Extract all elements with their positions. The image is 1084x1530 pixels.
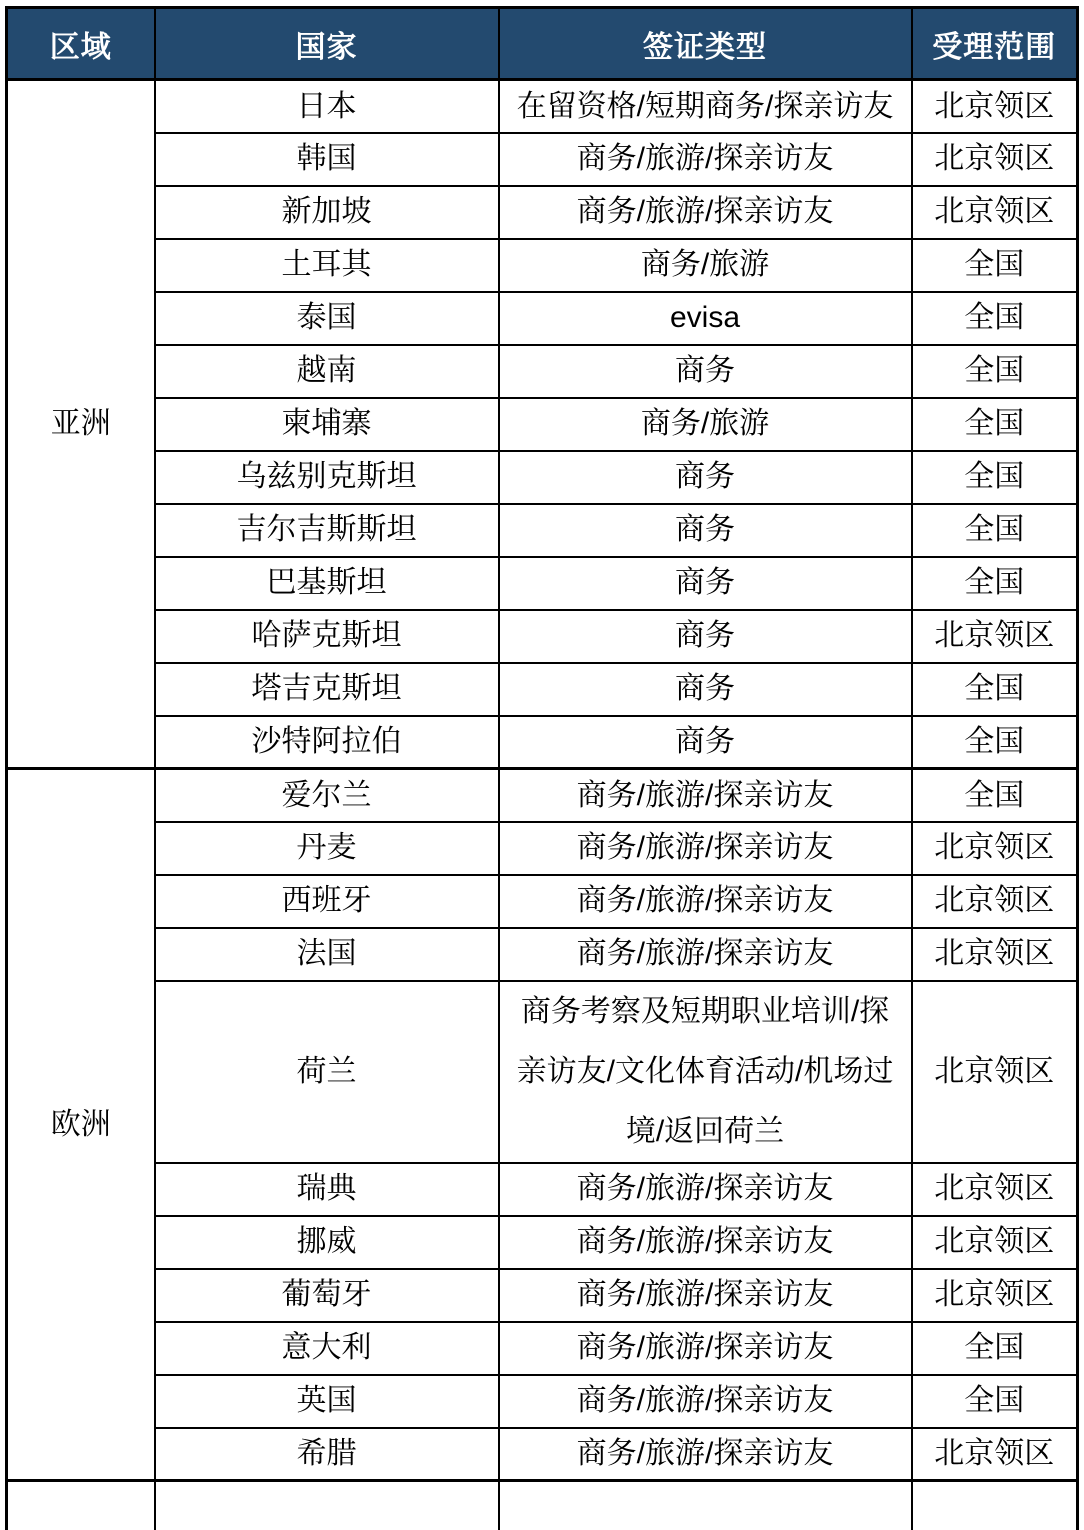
country-cell: 意大利	[155, 1322, 499, 1375]
table-row: 意大利 商务/旅游/探亲访友 全国	[7, 1322, 1078, 1375]
scope-cell	[912, 1481, 1078, 1530]
visa-type-cell: 商务/旅游/探亲访友	[499, 1163, 912, 1216]
country-cell: 吉尔吉斯斯坦	[155, 504, 499, 557]
country-cell: 哈萨克斯坦	[155, 610, 499, 663]
table-row: 瑞典 商务/旅游/探亲访友 北京领区	[7, 1163, 1078, 1216]
scope-cell: 全国	[912, 716, 1078, 769]
country-cell: 土耳其	[155, 239, 499, 292]
scope-cell: 全国	[912, 504, 1078, 557]
country-cell: 新加坡	[155, 186, 499, 239]
scope-cell: 全国	[912, 769, 1078, 822]
visa-type-cell: 商务	[499, 716, 912, 769]
country-cell: 巴基斯坦	[155, 557, 499, 610]
country-cell: 柬埔寨	[155, 398, 499, 451]
table-row: 乌兹别克斯坦 商务 全国	[7, 451, 1078, 504]
visa-type-cell: 商务/旅游/探亲访友	[499, 133, 912, 186]
country-cell: 葡萄牙	[155, 1269, 499, 1322]
header-region: 区域	[7, 8, 155, 80]
visa-type-cell: 商务/旅游	[499, 239, 912, 292]
country-cell: 塔吉克斯坦	[155, 663, 499, 716]
table-row: 希腊 商务/旅游/探亲访友 北京领区	[7, 1428, 1078, 1481]
scope-cell: 全国	[912, 292, 1078, 345]
table-row: 沙特阿拉伯 商务 全国	[7, 716, 1078, 769]
country-cell: 英国	[155, 1375, 499, 1428]
scope-cell: 全国	[912, 239, 1078, 292]
visa-type-cell: 商务	[499, 451, 912, 504]
region-cell	[7, 1481, 155, 1530]
visa-type-cell: 商务/旅游/探亲访友	[499, 928, 912, 981]
scope-cell: 北京领区	[912, 610, 1078, 663]
region-cell: 欧洲	[7, 769, 155, 1481]
visa-type-cell: 商务	[499, 663, 912, 716]
header-scope: 受理范围	[912, 8, 1078, 80]
scope-cell: 北京领区	[912, 1216, 1078, 1269]
table-row: 荷兰 商务考察及短期职业培训/探亲访友/文化体育活动/机场过境/返回荷兰 北京领…	[7, 981, 1078, 1163]
table-row: 挪威 商务/旅游/探亲访友 北京领区	[7, 1216, 1078, 1269]
table-row: 泰国 evisa 全国	[7, 292, 1078, 345]
visa-type-cell: 商务/旅游/探亲访友	[499, 875, 912, 928]
scope-cell: 北京领区	[912, 80, 1078, 133]
header-visa-type: 签证类型	[499, 8, 912, 80]
visa-type-cell: 商务/旅游/探亲访友	[499, 1269, 912, 1322]
visa-type-cell: 商务	[499, 557, 912, 610]
scope-cell: 北京领区	[912, 186, 1078, 239]
country-cell: 丹麦	[155, 822, 499, 875]
scope-cell: 全国	[912, 398, 1078, 451]
table-row: 塔吉克斯坦 商务 全国	[7, 663, 1078, 716]
visa-type-cell: 商务	[499, 345, 912, 398]
table-row: 丹麦 商务/旅游/探亲访友 北京领区	[7, 822, 1078, 875]
scope-cell: 北京领区	[912, 875, 1078, 928]
visa-type-cell: 商务/旅游/探亲访友	[499, 822, 912, 875]
table-row: 越南 商务 全国	[7, 345, 1078, 398]
visa-type-cell: 商务/旅游/探亲访友	[499, 1322, 912, 1375]
country-cell: 希腊	[155, 1428, 499, 1481]
visa-type-cell: 商务/旅游/探亲访友	[499, 1428, 912, 1481]
scope-cell: 全国	[912, 1375, 1078, 1428]
visa-type-cell	[499, 1481, 912, 1530]
country-cell: 瑞典	[155, 1163, 499, 1216]
scope-cell: 全国	[912, 557, 1078, 610]
visa-type-cell: 商务	[499, 504, 912, 557]
table-row: 西班牙 商务/旅游/探亲访友 北京领区	[7, 875, 1078, 928]
scope-cell: 全国	[912, 451, 1078, 504]
visa-type-cell: 商务考察及短期职业培训/探亲访友/文化体育活动/机场过境/返回荷兰	[499, 981, 912, 1163]
country-cell: 荷兰	[155, 981, 499, 1163]
country-cell: 沙特阿拉伯	[155, 716, 499, 769]
country-cell: 日本	[155, 80, 499, 133]
country-cell: 韩国	[155, 133, 499, 186]
country-cell: 挪威	[155, 1216, 499, 1269]
table-row: 巴基斯坦 商务 全国	[7, 557, 1078, 610]
visa-type-cell: 商务/旅游/探亲访友	[499, 1375, 912, 1428]
table-row: 新加坡 商务/旅游/探亲访友 北京领区	[7, 186, 1078, 239]
header-row: 区域 国家 签证类型 受理范围	[7, 8, 1078, 80]
visa-type-cell: 在留资格/短期商务/探亲访友	[499, 80, 912, 133]
table-body: 亚洲 日本 在留资格/短期商务/探亲访友 北京领区 韩国 商务/旅游/探亲访友 …	[7, 80, 1078, 1530]
table-row: 哈萨克斯坦 商务 北京领区	[7, 610, 1078, 663]
scope-cell: 北京领区	[912, 981, 1078, 1163]
table-row: 土耳其 商务/旅游 全国	[7, 239, 1078, 292]
table-row: 亚洲 日本 在留资格/短期商务/探亲访友 北京领区	[7, 80, 1078, 133]
visa-table: 区域 国家 签证类型 受理范围 亚洲 日本 在留资格/短期商务/探亲访友 北京领…	[5, 6, 1079, 1530]
table-row: 韩国 商务/旅游/探亲访友 北京领区	[7, 133, 1078, 186]
country-cell: 乌兹别克斯坦	[155, 451, 499, 504]
scope-cell: 全国	[912, 345, 1078, 398]
country-cell: 泰国	[155, 292, 499, 345]
country-cell: 法国	[155, 928, 499, 981]
scope-cell: 全国	[912, 663, 1078, 716]
header-country: 国家	[155, 8, 499, 80]
table-row	[7, 1481, 1078, 1530]
table-row: 英国 商务/旅游/探亲访友 全国	[7, 1375, 1078, 1428]
table-header: 区域 国家 签证类型 受理范围	[7, 8, 1078, 80]
country-cell: 爱尔兰	[155, 769, 499, 822]
visa-type-cell: 商务/旅游	[499, 398, 912, 451]
table-row: 柬埔寨 商务/旅游 全国	[7, 398, 1078, 451]
scope-cell: 北京领区	[912, 928, 1078, 981]
visa-type-cell: evisa	[499, 292, 912, 345]
country-cell	[155, 1481, 499, 1530]
visa-type-cell: 商务/旅游/探亲访友	[499, 1216, 912, 1269]
scope-cell: 北京领区	[912, 1428, 1078, 1481]
table-row: 欧洲 爱尔兰 商务/旅游/探亲访友 全国	[7, 769, 1078, 822]
visa-type-cell: 商务/旅游/探亲访友	[499, 769, 912, 822]
country-cell: 越南	[155, 345, 499, 398]
visa-type-cell: 商务	[499, 610, 912, 663]
scope-cell: 北京领区	[912, 1269, 1078, 1322]
region-cell: 亚洲	[7, 80, 155, 769]
table-row: 葡萄牙 商务/旅游/探亲访友 北京领区	[7, 1269, 1078, 1322]
scope-cell: 北京领区	[912, 822, 1078, 875]
scope-cell: 北京领区	[912, 133, 1078, 186]
country-cell: 西班牙	[155, 875, 499, 928]
scope-cell: 北京领区	[912, 1163, 1078, 1216]
table-row: 吉尔吉斯斯坦 商务 全国	[7, 504, 1078, 557]
table-row: 法国 商务/旅游/探亲访友 北京领区	[7, 928, 1078, 981]
scope-cell: 全国	[912, 1322, 1078, 1375]
visa-type-cell: 商务/旅游/探亲访友	[499, 186, 912, 239]
